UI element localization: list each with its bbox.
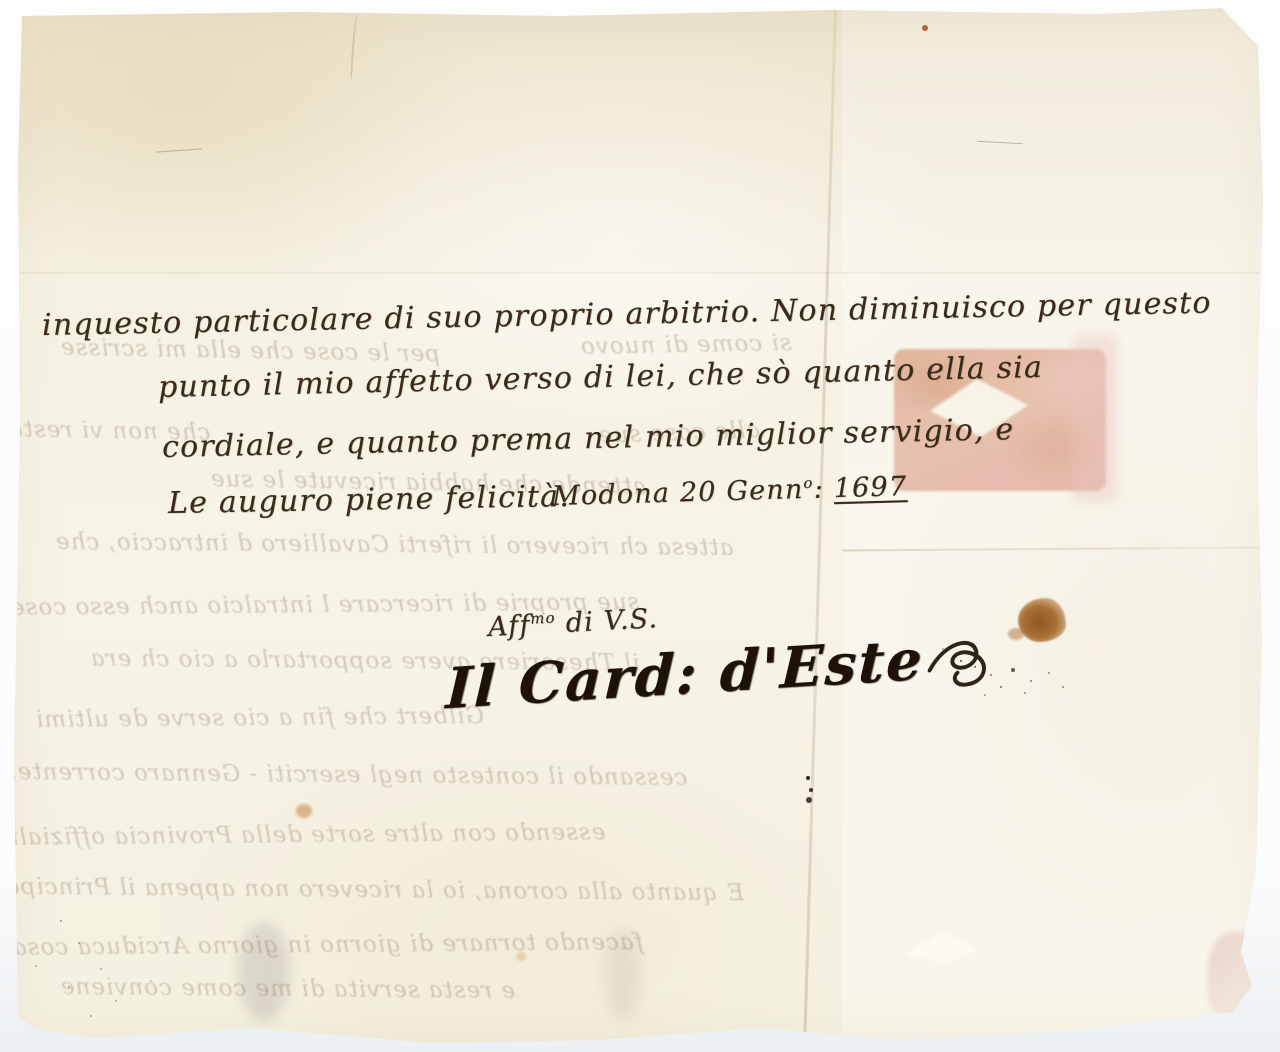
letter-line-4: Le auguro piene felicità. (168, 479, 571, 521)
fold-crease-horizontal-faint (10, 272, 1260, 274)
ink-dots (806, 776, 810, 780)
bleedthrough-line: e resta servita di me come conviene (60, 974, 515, 1004)
letter-line-3: cordiale, e quanto prema nel mio miglior… (162, 412, 1015, 465)
seal-stain-wash (1072, 334, 1118, 502)
bleedthrough-line: essendo con altre sorte della Provincia … (10, 819, 606, 850)
closing-rest: di V.S. (565, 603, 659, 639)
bleedthrough-line: E quanto alla corona, io la ricevero non… (5, 874, 744, 906)
ink-speckles (60, 920, 62, 922)
date-superscript: o (803, 474, 814, 492)
ink-blot (1018, 598, 1066, 642)
bleedthrough-line: facendo tornare di giorno in giorno Arci… (12, 929, 643, 961)
closing-abbrev: Aff (487, 610, 531, 643)
bleedthrough-line: cessando il contesto negl eserciti - Gen… (8, 759, 688, 791)
date-year: 1697 (833, 471, 907, 504)
bleedthrough-line: Gilbert che fin a cio serve de ultimi (35, 703, 484, 733)
ink-blot-tail (1008, 628, 1024, 640)
signature-flourish (922, 628, 995, 693)
scan-background: per le cose che ella mi scrisse si come … (0, 0, 1280, 1052)
fold-crease-vertical (803, 6, 837, 1040)
paper-texture-overlay (842, 0, 1262, 1052)
red-fiber-dot (922, 25, 928, 31)
edge-crease-mark (350, 14, 360, 80)
corner-curl (1208, 932, 1274, 1018)
date-separator: : (813, 473, 824, 504)
closing-superscript: mo (530, 608, 556, 627)
scratch-mark (156, 148, 202, 152)
letter-paper: per le cose che ella mi scrisse si come … (0, 0, 1280, 1052)
date-place-day: Modona 20 Genn (552, 474, 804, 512)
scratch-mark (977, 141, 1023, 144)
paper-abrasion-patch (898, 932, 978, 964)
paper-texture-overlay (0, 0, 1280, 272)
fold-crease-horizontal (842, 547, 1262, 552)
stain-spot (296, 804, 312, 818)
bleedthrough-line: attesa ch ricevero li riferti Cavalliero… (55, 529, 734, 561)
